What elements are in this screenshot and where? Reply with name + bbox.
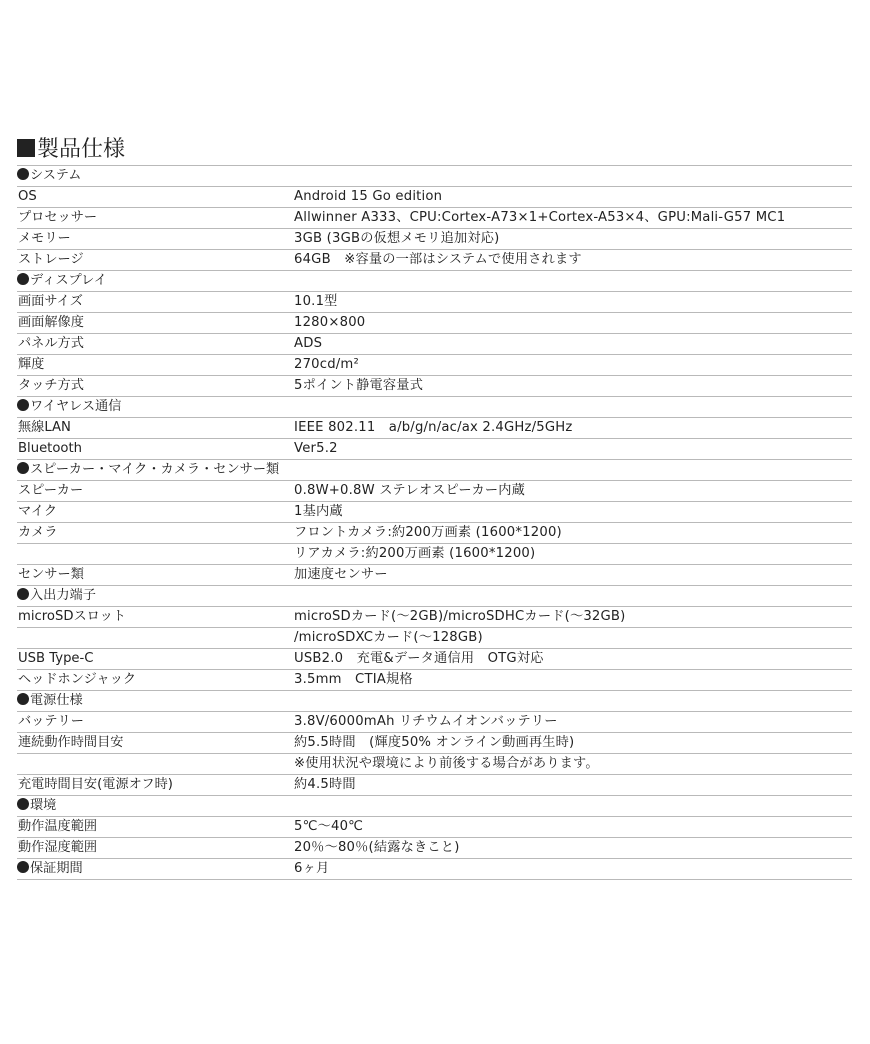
spec-label: 画面サイズ: [18, 292, 83, 312]
spec-value: /microSDXCカード(～128GB): [294, 628, 483, 648]
spec-label: メモリー: [18, 229, 71, 249]
section-system: システム: [17, 166, 852, 187]
bullet-icon: [17, 168, 29, 180]
spec-value: ※使用状況や環境により前後する場合があります。: [294, 754, 599, 774]
spec-label: 動作湿度範囲: [18, 838, 97, 858]
section-label: 環境: [30, 798, 56, 813]
spec-row-temp: 動作温度範囲5℃～40℃: [17, 817, 852, 838]
section-label: システム: [30, 168, 81, 183]
section-display: ディスプレイ: [17, 271, 852, 292]
spec-label: USB Type-C: [18, 649, 94, 669]
spec-row-microsd: microSDスロットmicroSDカード(～2GB)/microSDHCカード…: [17, 607, 852, 628]
spec-value: IEEE 802.11 a/b/g/n/ac/ax 2.4GHz/5GHz: [294, 418, 573, 438]
section-label: 保証期間: [30, 861, 83, 876]
spec-value: Android 15 Go edition: [294, 187, 442, 207]
spec-value: 3.5mm CTIA規格: [294, 670, 413, 690]
spec-row-touch: タッチ方式5ポイント静電容量式: [17, 376, 852, 397]
spec-row-headphone: ヘッドホンジャック3.5mm CTIA規格: [17, 670, 852, 691]
section-label: スピーカー・マイク・カメラ・センサー類: [30, 462, 279, 477]
spec-value: Ver5.2: [294, 439, 338, 459]
spec-label: 連続動作時間目安: [18, 733, 124, 753]
spec-value: 約4.5時間: [294, 775, 356, 795]
bullet-icon: [17, 399, 29, 411]
bullet-icon: [17, 693, 29, 705]
spec-value: 20％～80％(結露なきこと): [294, 838, 460, 858]
spec-value: 0.8W+0.8W ステレオスピーカー内蔵: [294, 481, 525, 501]
page-title-text: 製品仕様: [37, 137, 125, 162]
spec-table: システム OSAndroid 15 Go edition プロセッサーAllwi…: [17, 165, 852, 880]
spec-row-cpu: プロセッサーAllwinner A333、CPU:Cortex-A73×1+Co…: [17, 208, 852, 229]
spec-label: スピーカー: [18, 481, 83, 501]
section-env: 環境: [17, 796, 852, 817]
square-bullet-icon: [17, 139, 35, 157]
spec-row-runtime-note: ※使用状況や環境により前後する場合があります。: [17, 754, 852, 775]
spec-row-storage: ストレージ64GB ※容量の一部はシステムで使用されます: [17, 250, 852, 271]
spec-row-screen-size: 画面サイズ10.1型: [17, 292, 852, 313]
spec-row-mic: マイク1基内蔵: [17, 502, 852, 523]
spec-row-runtime: 連続動作時間目安約5.5時間 (輝度50% オンライン動画再生時): [17, 733, 852, 754]
spec-row-os: OSAndroid 15 Go edition: [17, 187, 852, 208]
spec-value: 64GB ※容量の一部はシステムで使用されます: [294, 250, 582, 270]
spec-label: タッチ方式: [18, 376, 84, 396]
spec-value: 1基内蔵: [294, 502, 343, 522]
spec-value: Allwinner A333、CPU:Cortex-A73×1+Cortex-A…: [294, 208, 785, 228]
bullet-icon: [17, 861, 29, 873]
spec-row-charge: 充電時間目安(電源オフ時)約4.5時間: [17, 775, 852, 796]
bullet-icon: [17, 462, 29, 474]
section-wireless: ワイヤレス通信: [17, 397, 852, 418]
spec-label: パネル方式: [18, 334, 84, 354]
spec-label: ストレージ: [18, 250, 84, 270]
page-title: 製品仕様: [17, 136, 125, 164]
spec-label: OS: [18, 187, 37, 207]
section-av: スピーカー・マイク・カメラ・センサー類: [17, 460, 852, 481]
spec-value: 10.1型: [294, 292, 338, 312]
spec-row-camera: カメラフロントカメラ:約200万画素 (1600*1200): [17, 523, 852, 544]
section-label: ディスプレイ: [30, 273, 107, 288]
bullet-icon: [17, 273, 29, 285]
spec-label: 輝度: [18, 355, 44, 375]
spec-value: リアカメラ:約200万画素 (1600*1200): [294, 544, 535, 564]
spec-label: 充電時間目安(電源オフ時): [18, 775, 173, 795]
spec-row-resolution: 画面解像度1280×800: [17, 313, 852, 334]
section-label: ワイヤレス通信: [30, 399, 121, 414]
section-warranty: 保証期間6ヶ月: [17, 859, 852, 880]
spec-row-wlan: 無線LANIEEE 802.11 a/b/g/n/ac/ax 2.4GHz/5G…: [17, 418, 852, 439]
spec-value: microSDカード(～2GB)/microSDHCカード(～32GB): [294, 607, 626, 627]
spec-value: USB2.0 充電&データ通信用 OTG対応: [294, 649, 544, 669]
spec-value: 5℃～40℃: [294, 817, 363, 837]
section-label: 入出力端子: [30, 588, 96, 603]
spec-label: 動作温度範囲: [18, 817, 97, 837]
spec-value: 270cd/m²: [294, 355, 359, 375]
section-io: 入出力端子: [17, 586, 852, 607]
spec-row-bluetooth: BluetoothVer5.2: [17, 439, 852, 460]
spec-value: フロントカメラ:約200万画素 (1600*1200): [294, 523, 562, 543]
spec-label: マイク: [18, 502, 57, 522]
spec-label: microSDスロット: [18, 607, 126, 627]
spec-value: 約5.5時間 (輝度50% オンライン動画再生時): [294, 733, 574, 753]
section-label: 電源仕様: [30, 693, 83, 708]
spec-row-camera-rear: リアカメラ:約200万画素 (1600*1200): [17, 544, 852, 565]
spec-value: ADS: [294, 334, 322, 354]
spec-value: 3GB (3GBの仮想メモリ追加対応): [294, 229, 499, 249]
spec-label: センサー類: [18, 565, 84, 585]
spec-label: バッテリー: [18, 712, 84, 732]
spec-label: Bluetooth: [18, 439, 82, 459]
spec-value: 1280×800: [294, 313, 365, 333]
spec-value: 6ヶ月: [294, 859, 329, 879]
spec-row-panel: パネル方式ADS: [17, 334, 852, 355]
spec-row-microsd-2: /microSDXCカード(～128GB): [17, 628, 852, 649]
bullet-icon: [17, 588, 29, 600]
spec-row-battery: バッテリー3.8V/6000mAh リチウムイオンバッテリー: [17, 712, 852, 733]
spec-row-usb: USB Type-CUSB2.0 充電&データ通信用 OTG対応: [17, 649, 852, 670]
spec-label: カメラ: [18, 523, 58, 543]
spec-row-speaker: スピーカー0.8W+0.8W ステレオスピーカー内蔵: [17, 481, 852, 502]
spec-row-memory: メモリー3GB (3GBの仮想メモリ追加対応): [17, 229, 852, 250]
spec-row-brightness: 輝度270cd/m²: [17, 355, 852, 376]
spec-value: 3.8V/6000mAh リチウムイオンバッテリー: [294, 712, 558, 732]
spec-label: ヘッドホンジャック: [18, 670, 136, 690]
spec-row-humidity: 動作湿度範囲20％～80％(結露なきこと): [17, 838, 852, 859]
spec-value: 加速度センサー: [294, 565, 388, 585]
section-power: 電源仕様: [17, 691, 852, 712]
spec-label: 画面解像度: [18, 313, 84, 333]
bullet-icon: [17, 798, 29, 810]
spec-label: 無線LAN: [18, 418, 71, 438]
spec-value: 5ポイント静電容量式: [294, 376, 423, 396]
spec-label: プロセッサー: [18, 208, 97, 228]
spec-row-sensor: センサー類加速度センサー: [17, 565, 852, 586]
